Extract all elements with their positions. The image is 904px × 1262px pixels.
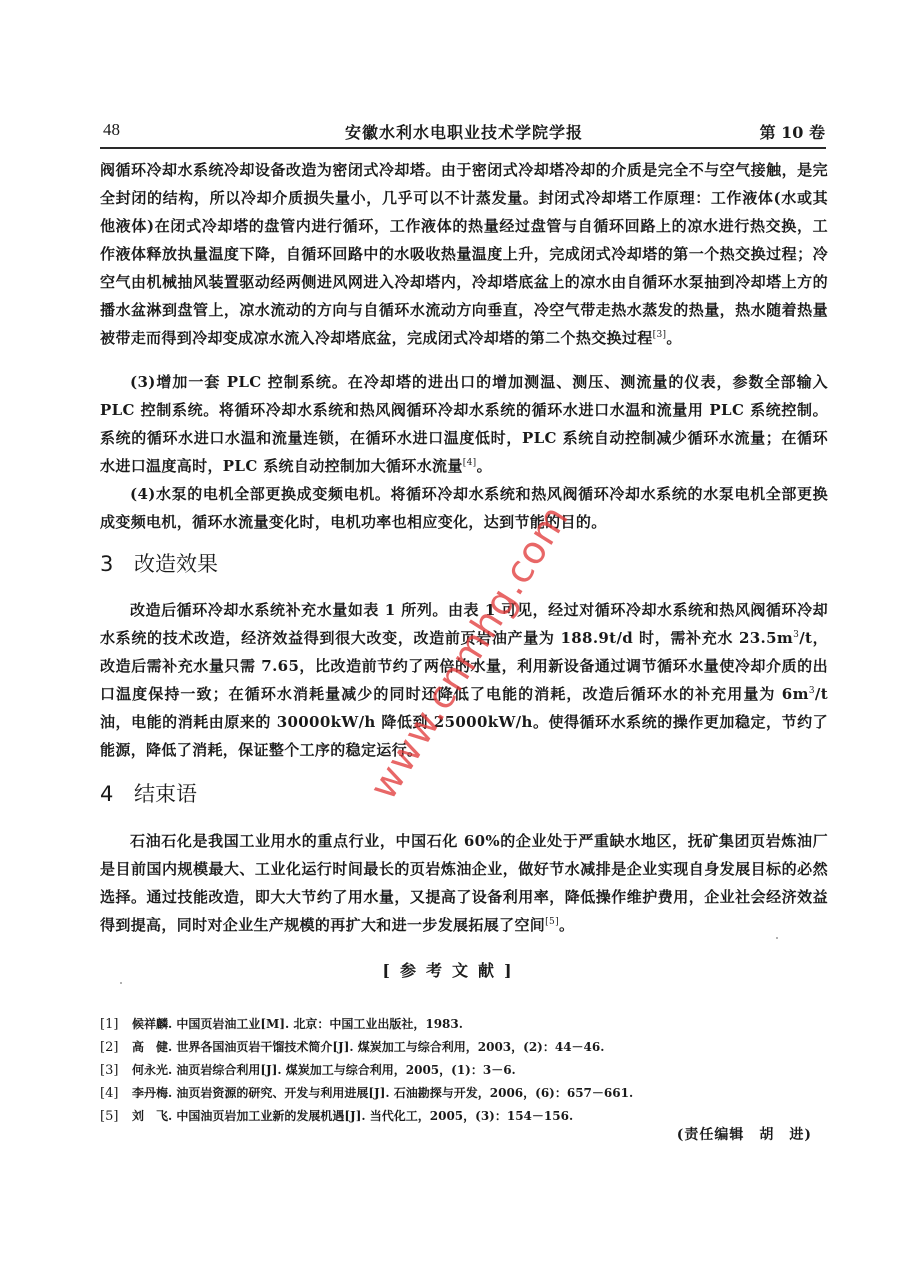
editor-note: (责任编辑 胡 进) [677,1124,812,1144]
reference-item: [4]李丹梅. 油页岩资源的研究、开发与利用进展[J]. 石油勘探与开发，200… [100,1082,820,1105]
reference-item: [1]候祥麟. 中国页岩油工业[M]. 北京：中国工业出版社，1983. [100,1013,820,1036]
volume-label: 第 10 卷 [760,120,825,143]
reference-text: 刘 飞. 中国油页岩加工业新的发展机遇[J]. 当代化工，2005，(3)：15… [132,1109,573,1123]
reference-list: [1]候祥麟. 中国页岩油工业[M]. 北京：中国工业出版社，1983. [2]… [100,1013,820,1128]
punctuation: 。 [477,457,492,475]
paper-page: 48 安徽水利水电职业技术学院学报 第 10 卷 阀循环冷却水系统冷却设备改造为… [0,0,904,1262]
section-title: 改造效果 [134,552,218,576]
section-heading-3: 3改造效果 [100,548,218,578]
reference-text: 高 健. 世界各国油页岩干馏技术简介[J]. 煤炭加工与综合利用，2003，(2… [132,1040,604,1054]
paragraph-text: (4)水泵的电机全部更换成变频电机。将循环冷却水系统和热风阀循环冷却水系统的水泵… [100,480,828,536]
reference-index: [1] [100,1013,132,1036]
reference-item: [3]何永光. 油页岩综合利用[J]. 煤炭加工与综合利用，2005，(1)：3… [100,1059,820,1082]
references-heading: [参考文献] [0,958,904,981]
paragraph-conclusion: 石油石化是我国工业用水的重点行业，中国石化 60%的企业处于严重缺水地区，抚矿集… [100,827,828,939]
scan-speck [776,937,778,939]
paragraph-variable-frequency: (4)水泵的电机全部更换成变频电机。将循环冷却水系统和热风阀循环冷却水系统的水泵… [100,480,828,536]
reference-text: 候祥麟. 中国页岩油工业[M]. 北京：中国工业出版社，1983. [132,1017,463,1031]
paragraph-text: 阀循环冷却水系统冷却设备改造为密闭式冷却塔。由于密闭式冷却塔冷却的介质是完全不与… [100,161,828,347]
reference-index: [4] [100,1082,132,1105]
citation-3: [3] [653,330,667,340]
reference-index: [3] [100,1059,132,1082]
paragraph-closed-cooling-tower: 阀循环冷却水系统冷却设备改造为密闭式冷却塔。由于密闭式冷却塔冷却的介质是完全不与… [100,156,828,352]
reference-index: [2] [100,1036,132,1059]
paragraph-text: 改造后循环冷却水系统补充水量如表 1 所列。由表 1 可见，经过对循环冷却水系统… [100,601,828,647]
running-head: 48 安徽水利水电职业技术学院学报 第 10 卷 [103,118,825,144]
reference-text: 何永光. 油页岩综合利用[J]. 煤炭加工与综合利用，2005，(1)：3－6. [132,1063,516,1077]
citation-4: [4] [463,458,477,468]
scan-speck [120,982,122,984]
reference-text: 李丹梅. 油页岩资源的研究、开发与利用进展[J]. 石油勘探与开发，2006，(… [132,1086,633,1100]
reference-index: [5] [100,1105,132,1128]
section-title: 结束语 [134,782,197,806]
header-rule [100,147,826,149]
punctuation: 。 [666,329,681,347]
journal-title: 安徽水利水电职业技术学院学报 [103,120,825,143]
paragraph-plc-control: (3)增加一套 PLC 控制系统。在冷却塔的进出口的增加测温、测压、测流量的仪表… [100,368,828,480]
paragraph-text: 石油石化是我国工业用水的重点行业，中国石化 60%的企业处于严重缺水地区，抚矿集… [100,832,828,934]
section-number: 3 [100,552,134,576]
paragraph-results: 改造后循环冷却水系统补充水量如表 1 所列。由表 1 可见，经过对循环冷却水系统… [100,596,828,764]
citation-5: [5] [545,917,559,927]
reference-item: [2]高 健. 世界各国油页岩干馏技术简介[J]. 煤炭加工与综合利用，2003… [100,1036,820,1059]
section-heading-4: 4结束语 [100,778,197,808]
punctuation: 。 [559,916,574,934]
section-number: 4 [100,782,134,806]
